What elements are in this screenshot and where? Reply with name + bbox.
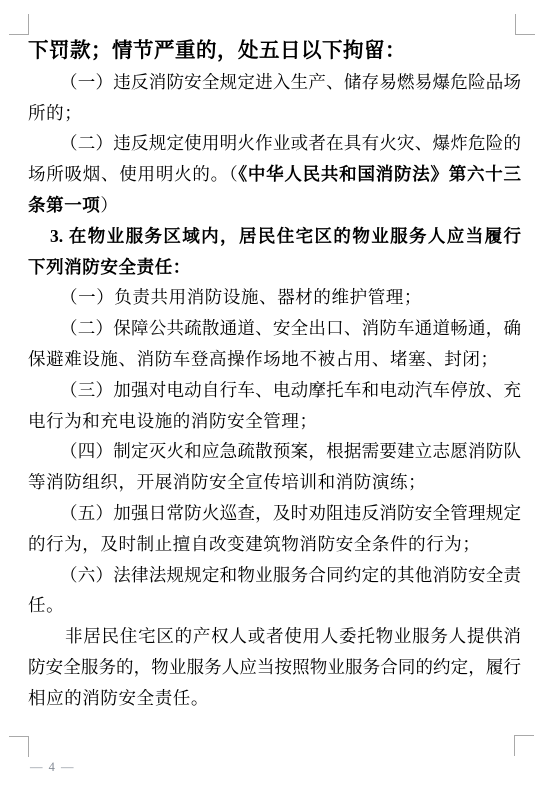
- text-segment: （一）负责共用消防设施、器材的维护管理；: [60, 287, 422, 307]
- penalty-clause-heading: 下罚款；情节严重的，处五日以下拘留：: [28, 36, 521, 67]
- text-segment: 场所吸烟、使用明火的。（: [28, 164, 238, 184]
- item-2-line-2: 场所吸烟、使用明火的。（《中华人民共和国消防法》第六十三: [28, 159, 521, 190]
- duty-2-line-2: 保避难设施、消防车登高操作场地不被占用、堵塞、封闭；: [28, 344, 521, 375]
- text-boundary-mark-top-right: [515, 14, 535, 35]
- bold-text-segment: 《中华人民共和国消防法》第六十三: [238, 164, 521, 184]
- item-2-line-3: 条第一项）: [28, 190, 521, 221]
- duty-5-line-2: 的行为，及时制止擅自改变建筑物消防安全条件的行为；: [28, 529, 521, 560]
- text-boundary-mark-top-left: [9, 14, 29, 35]
- closing-para-line-2: 防安全服务的，物业服务人应当按照物业服务合同的约定，履行: [28, 652, 521, 683]
- closing-para-line-1: 非居民住宅区的产权人或者使用人委托物业服务人提供消: [28, 621, 521, 652]
- text-segment: 防安全服务的，物业服务人应当按照物业服务合同的约定，履行: [28, 657, 521, 677]
- duty-1: （一）负责共用消防设施、器材的维护管理；: [28, 282, 521, 313]
- duty-4-line-1: （四）制定灭火和应急疏散预案，根据需要建立志愿消防队: [28, 436, 521, 467]
- text-segment: （二）违反规定使用明火作业或者在具有火灾、爆炸危险的: [60, 133, 521, 153]
- item-1-line-1: （一）违反消防安全规定进入生产、储存易燃易爆危险品场: [28, 67, 521, 98]
- text-segment: 的行为，及时制止擅自改变建筑物消防安全条件的行为；: [28, 534, 481, 554]
- section-3-heading-line-1: 3. 在物业服务区域内，居民住宅区的物业服务人应当履行: [28, 221, 521, 252]
- text-segment: 相应的消防安全责任。: [28, 688, 209, 708]
- text-segment: （三）加强对电动自行车、电动摩托车和电动汽车停放、充: [60, 380, 521, 400]
- text-segment: （四）制定灭火和应急疏散预案，根据需要建立志愿消防队: [60, 441, 521, 461]
- text-segment: 电行为和充电设施的消防安全管理；: [28, 411, 318, 431]
- text-segment: 非居民住宅区的产权人或者使用人委托物业服务人提供消: [65, 626, 521, 646]
- page-number: — 4 —: [30, 760, 75, 775]
- text-segment: 任。: [28, 595, 64, 615]
- item-2-line-1: （二）违反规定使用明火作业或者在具有火灾、爆炸危险的: [28, 128, 521, 159]
- bold-text-segment: 3. 在物业服务区域内，居民住宅区的物业服务人应当履行: [50, 226, 521, 246]
- duty-6-line-2: 任。: [28, 590, 521, 621]
- section-3-heading-line-2: 下列消防安全责任：: [28, 252, 521, 283]
- bold-text-segment: 下罚款；情节严重的，处五日以下拘留：: [28, 40, 406, 62]
- bold-text-segment: 下列消防安全责任：: [28, 257, 191, 277]
- text-segment: （一）违反消防安全规定进入生产、储存易燃易爆危险品场: [60, 72, 521, 92]
- text-segment: （二）保障公共疏散通道、安全出口、消防车通道畅通，确: [60, 318, 521, 338]
- text-boundary-mark-bottom-left: [9, 736, 29, 757]
- item-1-line-2: 所的；: [28, 98, 521, 129]
- duty-4-line-2: 等消防组织，开展消防安全宣传培训和消防演练；: [28, 467, 521, 498]
- text-segment: （六）法律法规规定和物业服务合同约定的其他消防安全责: [60, 565, 521, 585]
- duty-3-line-2: 电行为和充电设施的消防安全管理；: [28, 406, 521, 437]
- text-segment: 保避难设施、消防车登高操作场地不被占用、堵塞、封闭；: [28, 349, 499, 369]
- text-segment: （五）加强日常防火巡查，及时劝阻违反消防安全管理规定: [60, 503, 521, 523]
- text-segment: ）: [100, 195, 118, 215]
- duty-5-line-1: （五）加强日常防火巡查，及时劝阻违反消防安全管理规定: [28, 498, 521, 529]
- duty-2-line-1: （二）保障公共疏散通道、安全出口、消防车通道畅通，确: [28, 313, 521, 344]
- bold-text-segment: 条第一项: [28, 195, 100, 215]
- document-page: 下罚款；情节严重的，处五日以下拘留：（一）违反消防安全规定进入生产、储存易燃易爆…: [0, 0, 552, 787]
- duty-3-line-1: （三）加强对电动自行车、电动摩托车和电动汽车停放、充: [28, 375, 521, 406]
- document-body-text: 下罚款；情节严重的，处五日以下拘留：（一）违反消防安全规定进入生产、储存易燃易爆…: [28, 36, 521, 714]
- text-segment: 所的；: [28, 103, 82, 123]
- text-segment: 等消防组织，开展消防安全宣传培训和消防演练；: [28, 472, 426, 492]
- duty-6-line-1: （六）法律法规规定和物业服务合同约定的其他消防安全责: [28, 560, 521, 591]
- text-boundary-mark-bottom-right: [514, 735, 534, 756]
- closing-para-line-3: 相应的消防安全责任。: [28, 683, 521, 714]
